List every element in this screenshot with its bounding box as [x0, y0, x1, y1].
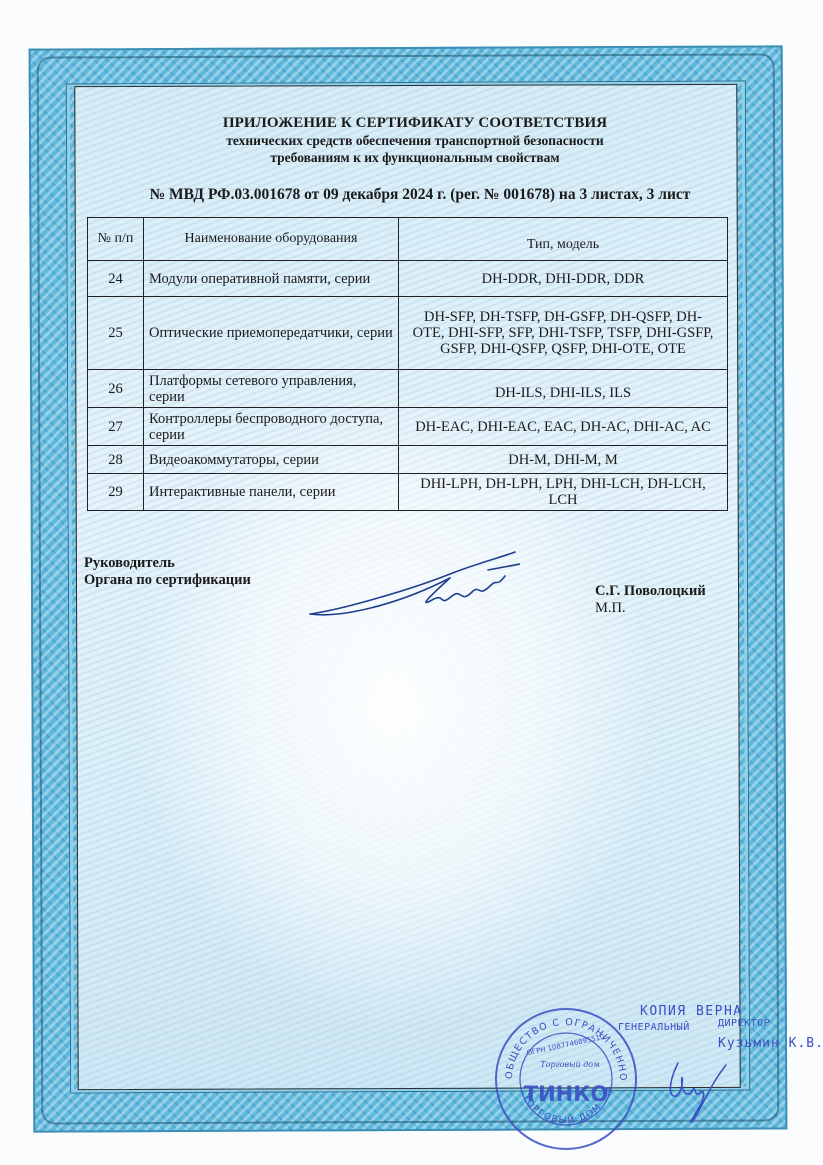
row-model: DH-DDR, DHI-DDR, DDR — [399, 261, 728, 297]
table-row: 24 Модули оперативной памяти, серии DH-D… — [88, 261, 728, 297]
row-model: DHI-LPH, DH-LPH, LPH, DHI-LCH, DH-LCH, L… — [399, 474, 728, 511]
row-number: 24 — [88, 261, 144, 297]
header-name: Наименование оборудования — [144, 218, 399, 261]
row-number: 25 — [88, 297, 144, 370]
signer-block: С.Г. Поволоцкий М.П. — [595, 583, 706, 617]
signoff-role: Руководитель Органа по сертификации — [84, 555, 251, 589]
row-name: Видеоакоммутаторы, серии — [144, 446, 399, 474]
row-number: 28 — [88, 446, 144, 474]
header-model: Тип, модель — [399, 218, 728, 261]
row-name: Контроллеры беспроводного доступа, серии — [144, 408, 399, 446]
table-row: 29 Интерактивные панели, серии DHI-LPH, … — [88, 474, 728, 511]
svg-text:ТИНКО: ТИНКО — [524, 1082, 609, 1106]
header-number: № п/п — [88, 218, 144, 261]
director-signature — [648, 1055, 738, 1130]
row-name: Модули оперативной памяти, серии — [144, 261, 399, 297]
header: ПРИЛОЖЕНИЕ К СЕРТИФИКАТУ СООТВЕТСТВИЯ те… — [100, 115, 730, 166]
equipment-table: № п/п Наименование оборудования Тип, мод… — [87, 217, 728, 511]
copy-position-1: ГЕНЕРАЛЬНЫЙ — [618, 1021, 690, 1035]
row-model: DH-ILS, DHI-ILS, ILS — [399, 370, 728, 408]
role-line-2: Органа по сертификации — [84, 572, 251, 589]
certificate-content: ПРИЛОЖЕНИЕ К СЕРТИФИКАТУ СООТВЕТСТВИЯ те… — [0, 0, 823, 1165]
signature-mark — [300, 548, 520, 628]
row-name: Оптические приемопередатчики, серии — [144, 297, 399, 370]
table-row: 26 Платформы сетевого управления, серии … — [88, 370, 728, 408]
row-name: Платформы сетевого управления, серии — [144, 370, 399, 408]
row-model: DH-SFP, DH-TSFP, DH-GSFP, DH-QSFP, DH-OT… — [399, 297, 728, 370]
certificate-number: № МВД РФ.03.001678 от 09 декабря 2024 г.… — [110, 186, 730, 204]
document-subtitle-1: технических средств обеспечения транспор… — [100, 132, 730, 149]
row-model: DH-M, DHI-M, M — [399, 446, 728, 474]
role-line-1: Руководитель — [84, 555, 251, 572]
document-subtitle-2: требованиям к их функциональным свойства… — [100, 149, 730, 166]
copy-position-2: ДИРЕКТОР — [718, 1017, 770, 1031]
document-title: ПРИЛОЖЕНИЕ К СЕРТИФИКАТУ СООТВЕТСТВИЯ — [100, 115, 730, 132]
signer-name: С.Г. Поволоцкий — [595, 583, 706, 600]
row-name: Интерактивные панели, серии — [144, 474, 399, 511]
row-number: 29 — [88, 474, 144, 511]
table-row: 27 Контроллеры беспроводного доступа, се… — [88, 408, 728, 446]
seal-place: М.П. — [595, 600, 706, 617]
row-number: 26 — [88, 370, 144, 408]
svg-text:ОГРН 1087746895510: ОГРН 1087746895510 — [526, 1033, 605, 1057]
row-number: 27 — [88, 408, 144, 446]
table-row: 28 Видеоакоммутаторы, серии DH-M, DHI-M,… — [88, 446, 728, 474]
table-header-row: № п/п Наименование оборудования Тип, мод… — [88, 218, 728, 261]
svg-text:Торговый дом: Торговый дом — [540, 1060, 600, 1069]
row-model: DH-EAC, DHI-EAC, EAC, DH-AC, DHI-AC, AC — [399, 408, 728, 446]
copy-signer-name: Кузьмин К.В. — [718, 1037, 823, 1051]
table-row: 25 Оптические приемопередатчики, серии D… — [88, 297, 728, 370]
